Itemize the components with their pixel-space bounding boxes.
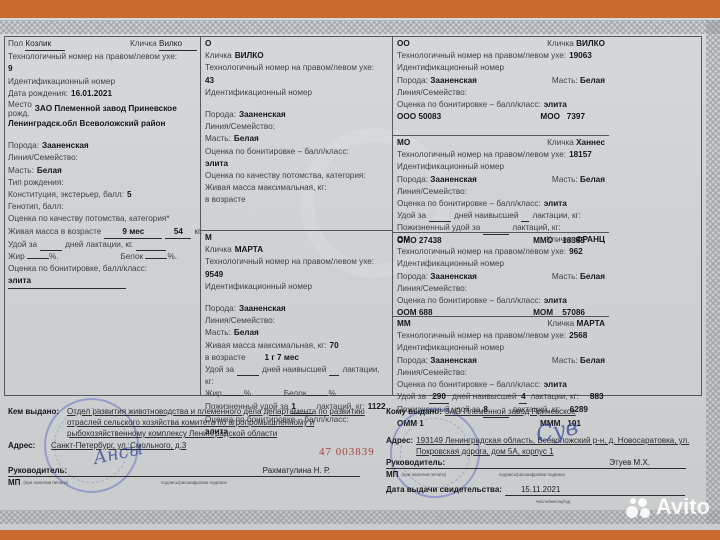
mm-tech: 2568 — [569, 330, 587, 342]
fm-cell: МОКличка Ханнес Технологичный номер на п… — [393, 135, 609, 232]
mf-cell: ОМКличка ФРАНЦ Технологичный номер на пр… — [393, 232, 609, 316]
fm-code: МО — [397, 137, 410, 149]
mother-name-label: Кличка — [205, 244, 232, 256]
ff-color: Белая — [580, 76, 605, 85]
mother-max-weight: 70 — [330, 340, 339, 352]
line-label: Линия/Семейство: — [8, 152, 197, 164]
ff-breed: Зааненская — [430, 76, 477, 85]
issued-to-label: Кому выдано: — [386, 406, 442, 417]
issued-to-value: ЗАО Племенной завод Приневское — [445, 406, 576, 417]
breed-label: Порода: — [8, 140, 39, 152]
milk-value-blank — [136, 239, 166, 251]
mm-grading: элита — [544, 379, 567, 391]
milk-days-blank — [40, 239, 62, 251]
live-weight-label: Живая масса в возрасте — [8, 226, 101, 239]
fm-tech: 18157 — [569, 149, 592, 161]
father-tech-value: 43 — [205, 75, 388, 87]
ff-code: ОО — [397, 38, 410, 50]
issuer-address-label: Адрес: — [8, 440, 48, 451]
mm-breed: Зааненская — [430, 356, 477, 365]
father-age-label: в возрасте — [205, 194, 388, 206]
animal-section: Пол Козлик Кличка Вилко Технологичный но… — [5, 37, 200, 395]
certificate-sheet: Пол Козлик Кличка Вилко Технологичный но… — [0, 18, 720, 530]
mm-line-label: Линия/Семейство: — [397, 367, 605, 379]
fm-line-label: Линия/Семейство: — [397, 186, 605, 198]
father-max-weight-label: Живая масса максимальная, кг: — [205, 182, 388, 194]
recipient-block: Кому выдано:ЗАО Племенной завод Приневск… — [386, 406, 706, 507]
tech-number-value: 9 — [8, 63, 197, 75]
pedigree-table: Пол Козлик Кличка Вилко Технологичный но… — [4, 36, 702, 396]
mother-id-label: Идентификационный номер — [205, 281, 388, 293]
issued-by-label: Кем выдано: — [8, 406, 64, 417]
offspring-label: Оценка по качеству потомства, категория* — [8, 213, 197, 225]
milk-label: Удой за — [8, 239, 37, 251]
sex-label: Пол — [8, 39, 23, 48]
recipient-mp-note: (при наличии печати) — [401, 469, 446, 480]
birth-place-label: Месторожд. — [8, 100, 32, 118]
ff-tech: 19063 — [569, 50, 592, 62]
issuer-signature-note: подпись/расшифровка подписи — [161, 477, 227, 488]
fm-color: Белая — [580, 175, 605, 184]
mother-breed-label: Порода: — [205, 303, 236, 315]
constitution-value: 5 — [127, 189, 132, 201]
live-weight-value: 54 — [165, 226, 191, 239]
father-cell: О КличкаВИЛКО Технологичный номер на пра… — [201, 37, 392, 230]
fff-value: 50083 — [418, 112, 441, 121]
issued-by-value: Отдел развития животноводства и племенно… — [67, 406, 365, 417]
tech-number-label: Технологичный номер на правом/левом ухе: — [8, 51, 197, 63]
mother-tech-value: 9549 — [205, 269, 388, 281]
issuer-block: Кем выдано:Отдел развития животноводства… — [8, 406, 368, 488]
mother-milk-label: Удой за — [205, 364, 234, 376]
mother-cell: М КличкаМАРТА Технологичный номер на пра… — [201, 230, 392, 395]
ff-grading: элита — [544, 99, 567, 111]
father-grading-label: Оценка по бонитировке – балл/класс: — [205, 146, 388, 158]
milk-label-2: дней лактации, кг. — [65, 239, 133, 251]
father-breed-label: Порода: — [205, 109, 236, 121]
mother-name: МАРТА — [235, 244, 263, 256]
fat-label: Жир — [8, 252, 25, 261]
father-offspring-label: Оценка по качеству потомства, категория: — [205, 170, 388, 182]
avito-brand-text: Avito — [656, 494, 710, 520]
ff-cell: ООКличка ВИЛКО Технологичный номер на пр… — [393, 37, 609, 135]
birth-place-value: ЗАО Племенной завод Приневское — [35, 103, 177, 115]
fm-id-label: Идентификационный номер — [397, 161, 605, 173]
grading-label: Оценка по бонитировке, балл/класс: — [8, 263, 197, 275]
issuer-signature: Ансы — [92, 443, 143, 464]
father-name-label: Кличка — [205, 50, 232, 62]
birth-place-region: Ленинградск.обл Всеволожский район — [8, 118, 197, 130]
mm-color: Белая — [580, 356, 605, 365]
fm-name: Ханнес — [576, 138, 605, 147]
genotype-label: Генотип, балл: — [8, 201, 197, 213]
mm-cell: ММКличка МАРТА Технологичный номер на пр… — [393, 316, 609, 395]
mf-breed: Зааненская — [430, 272, 477, 281]
recipient-signature: Сув — [535, 422, 579, 442]
ff-line-label: Линия/Семейство: — [397, 87, 605, 99]
fm-breed: Зааненская — [430, 175, 477, 184]
name-value: Вилко — [159, 38, 197, 51]
father-tech-label: Технологичный номер на правом/левом ухе: — [205, 62, 388, 74]
mm-name: МАРТА — [577, 319, 605, 328]
recipient-address-line-2: Покровская дорога, дом 5А, корпус 1 — [386, 446, 706, 457]
color-value: Белая — [37, 165, 62, 177]
breed-value: Зааненская — [42, 140, 89, 152]
recipient-head-label: Руководитель: — [386, 457, 445, 468]
mff-value: 7397 — [567, 112, 585, 121]
father-line-label: Линия/Семейство: — [205, 121, 388, 133]
mother-color-label: Масть: — [205, 327, 231, 339]
mf-tech: 962 — [569, 246, 583, 258]
recipient-signature-note: подпись/расшифровка подписи — [499, 469, 565, 480]
father-color: Белая — [234, 133, 259, 145]
sex-value: Козлик — [25, 38, 65, 51]
birth-date-label: Дата рождения: — [8, 88, 68, 100]
father-id-label: Идентификационный номер — [205, 87, 388, 99]
father-code: О — [205, 38, 388, 50]
mother-breed: Зааненская — [239, 303, 286, 315]
mother-age-label: в возрасте — [205, 352, 246, 364]
guilloche-border-right — [706, 20, 720, 524]
protein-label: Белок — [120, 252, 143, 261]
mm-code: ММ — [397, 318, 411, 330]
issuer-mp-note: (при наличии печати) — [23, 477, 68, 488]
father-name: ВИЛКО — [235, 50, 264, 62]
guilloche-border-bottom — [0, 510, 720, 524]
mother-kg-label: кг: — [205, 376, 388, 388]
issue-section: Кем выдано:Отдел развития животноводства… — [4, 398, 706, 510]
issue-date-label: Дата выдачи свидетельства: — [386, 484, 502, 496]
grandparents-section: ООКличка ВИЛКО Технологичный номер на пр… — [392, 37, 609, 395]
issued-by-line-2: отраслей сельского хозяйства комитета по… — [8, 417, 368, 428]
mother-tech-label: Технологичный номер на правом/левом ухе: — [205, 256, 388, 268]
mf-color: Белая — [580, 272, 605, 281]
grading-value: элита — [8, 275, 126, 288]
mother-line-label: Линия/Семейство: — [205, 315, 388, 327]
mother-age: 1 г 7 мес — [265, 352, 299, 364]
id-number-label: Идентификационный номер — [8, 76, 197, 88]
mf-code: ОМ — [397, 234, 410, 246]
ff-name: ВИЛКО — [576, 39, 605, 48]
recipient-mp-label: МП — [386, 469, 398, 480]
mf-grading: элита — [544, 295, 567, 307]
live-weight-age: 9 мес — [104, 226, 162, 239]
issuer-mp-label: МП — [8, 477, 20, 488]
name-label: Кличка — [130, 39, 157, 48]
mf-line-label: Линия/Семейство: — [397, 283, 605, 295]
ff-id-label: Идентификационный номер — [397, 62, 605, 74]
father-grading: элита — [205, 158, 388, 170]
recipient-address-label: Адрес: — [386, 435, 413, 446]
father-breed: Зааненская — [239, 109, 286, 121]
avito-logo-icon — [626, 496, 652, 518]
birth-type-label: Тип рождения: — [8, 177, 197, 189]
parents-section: О КличкаВИЛКО Технологичный номер на пра… — [200, 37, 392, 395]
recipient-head-name: Этуев М.Х. — [609, 457, 650, 468]
mother-code: М — [205, 232, 388, 244]
guilloche-border-top — [0, 20, 720, 34]
issued-by-line-3: рыбохозяйственному комплексу Ленинградск… — [8, 428, 368, 439]
issuer-head-label: Руководитель: — [8, 465, 67, 476]
color-label: Масть: — [8, 165, 34, 177]
father-color-label: Масть: — [205, 133, 231, 145]
mm-id-label: Идентификационный номер — [397, 342, 605, 354]
fm-grading: элита — [544, 198, 567, 210]
mother-color: Белая — [234, 327, 259, 339]
issuer-head-name: Рахматулина Н. Р. — [263, 465, 330, 476]
mf-id-label: Идентификационный номер — [397, 258, 605, 270]
constitution-label: Конституция, экстерьер, балл: — [8, 189, 124, 201]
avito-watermark: Avito — [626, 494, 710, 520]
mf-name: ФРАНЦ — [575, 235, 605, 244]
mother-max-weight-label: Живая масса максимальная, кг: — [205, 340, 327, 352]
certificate-serial: 47 003839 — [319, 446, 375, 458]
birth-date-value: 16.01.2021 — [71, 88, 112, 100]
